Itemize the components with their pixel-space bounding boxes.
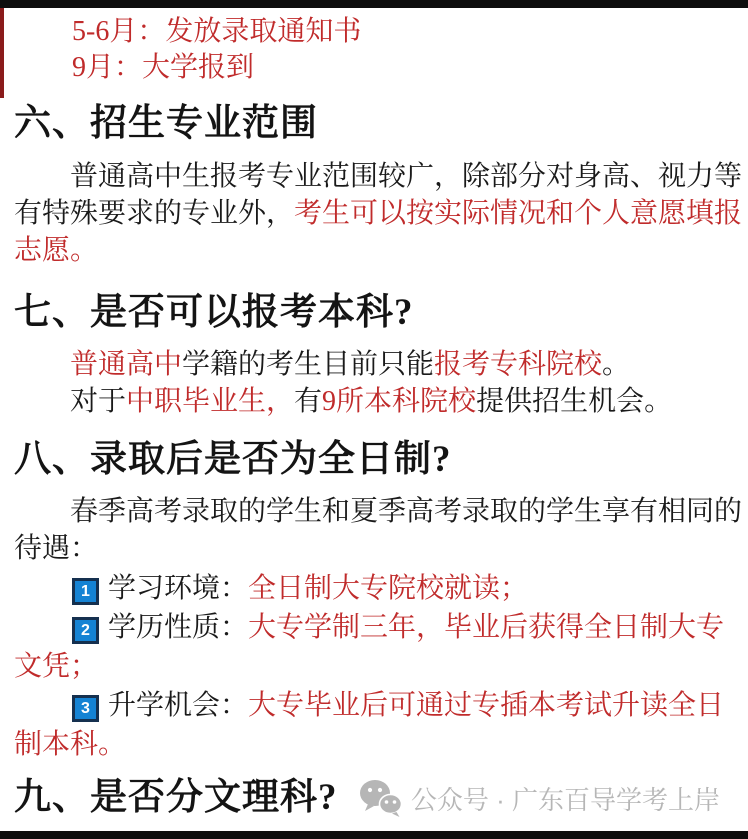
item-number-badge: 2: [72, 617, 99, 644]
section-7-heading: 七、是否可以报考本科?: [14, 291, 740, 335]
top-border-bar: [0, 0, 748, 8]
item-number: 1: [81, 572, 90, 611]
text-segment-emphasis: 9所本科院校: [322, 386, 476, 417]
section-8-heading: 八、录取后是否为全日制?: [14, 438, 740, 482]
text-segment-emphasis: 报考专科院校: [434, 349, 602, 380]
wechat-icon: [359, 779, 403, 817]
footer-row: 九、是否分文理科? 公众号 · 广东百导学考上岸: [14, 776, 740, 820]
section-9-heading: 九、是否分文理科?: [14, 776, 338, 820]
item-detail: 全日制大专院校就读；: [248, 573, 528, 604]
text-segment: 待遇：: [14, 533, 98, 564]
section-6-heading: 六、招生专业范围: [14, 102, 740, 146]
paragraph-line: 普通高中生报考专业范围较广，除部分对身高、视力等: [14, 158, 740, 195]
text-segment: 学籍的考生目前只能: [182, 349, 434, 380]
text-segment: 春季高考录取的学生和夏季高考录取的学生享有相同的: [70, 496, 742, 527]
list-item-continuation: 文凭；: [14, 647, 740, 686]
text-segment: 有: [294, 386, 322, 417]
paragraph-line: 有特殊要求的专业外，考生可以按实际情况和个人意愿填报: [14, 195, 740, 232]
article-body: 5-6月：发放录取通知书 9月：大学报到 六、招生专业范围 普通高中生报考专业范…: [0, 0, 748, 820]
admission-timeline: 5-6月：发放录取通知书 9月：大学报到: [72, 14, 740, 86]
item-label: 学习环境：: [108, 573, 248, 604]
item-number: 3: [81, 689, 90, 728]
paragraph-line: 待遇：: [14, 530, 740, 567]
text-segment: 有特殊要求的专业外，: [14, 198, 294, 229]
item-detail: 制本科。: [14, 729, 126, 760]
paragraph-line: 春季高考录取的学生和夏季高考录取的学生享有相同的: [14, 493, 740, 530]
item-detail: 大专毕业后可通过专插本考试升读全日: [248, 690, 724, 721]
item-number-badge: 3: [72, 695, 99, 722]
text-segment-emphasis: 志愿。: [14, 235, 98, 266]
text-segment: 对于: [70, 386, 126, 417]
section-7-paragraph: 普通高中学籍的考生目前只能报考专科院校。 对于中职毕业生，有9所本科院校提供招生…: [14, 346, 740, 420]
section-8-paragraph: 春季高考录取的学生和夏季高考录取的学生享有相同的 待遇：: [14, 493, 740, 567]
text-segment-emphasis: 考生可以按实际情况和个人意愿填报: [294, 198, 742, 229]
item-label: 学历性质：: [108, 612, 248, 643]
paragraph-line: 普通高中学籍的考生目前只能报考专科院校。: [14, 346, 740, 383]
timeline-line-may-june: 5-6月：发放录取通知书: [72, 14, 740, 50]
watermark-text: 公众号 · 广东百导学考上岸: [411, 780, 720, 817]
bottom-border-bar: [0, 831, 748, 839]
wechat-watermark: 公众号 · 广东百导学考上岸: [359, 779, 720, 817]
paragraph-line: 对于中职毕业生，有9所本科院校提供招生机会。: [14, 383, 740, 420]
list-item-continuation: 制本科。: [14, 725, 740, 764]
timeline-line-september: 9月：大学报到: [72, 50, 740, 86]
text-segment: 提供招生机会。: [476, 386, 672, 417]
text-segment-emphasis: 普通高中: [70, 349, 182, 380]
list-item-degree-nature: 2学历性质：大专学制三年，毕业后获得全日制大专: [72, 608, 740, 647]
benefit-list: 1学习环境：全日制大专院校就读； 2学历性质：大专学制三年，毕业后获得全日制大专…: [14, 569, 740, 764]
section-6-paragraph: 普通高中生报考专业范围较广，除部分对身高、视力等 有特殊要求的专业外，考生可以按…: [14, 158, 740, 269]
text-segment: 普通高中生报考专业范围较广，除部分对身高、视力等: [70, 161, 742, 192]
text-segment-emphasis: 中职毕业生，: [126, 386, 294, 417]
item-number-badge: 1: [72, 578, 99, 605]
text-segment: 。: [602, 349, 630, 380]
list-item-further-study: 3升学机会：大专毕业后可通过专插本考试升读全日: [72, 686, 740, 725]
item-number: 2: [81, 611, 90, 650]
list-item-study-environment: 1学习环境：全日制大专院校就读；: [72, 569, 740, 608]
left-red-accent-line: [0, 8, 4, 98]
paragraph-line: 志愿。: [14, 232, 740, 269]
item-detail: 文凭；: [14, 651, 98, 682]
item-detail: 大专学制三年，毕业后获得全日制大专: [248, 612, 724, 643]
item-label: 升学机会：: [108, 690, 248, 721]
